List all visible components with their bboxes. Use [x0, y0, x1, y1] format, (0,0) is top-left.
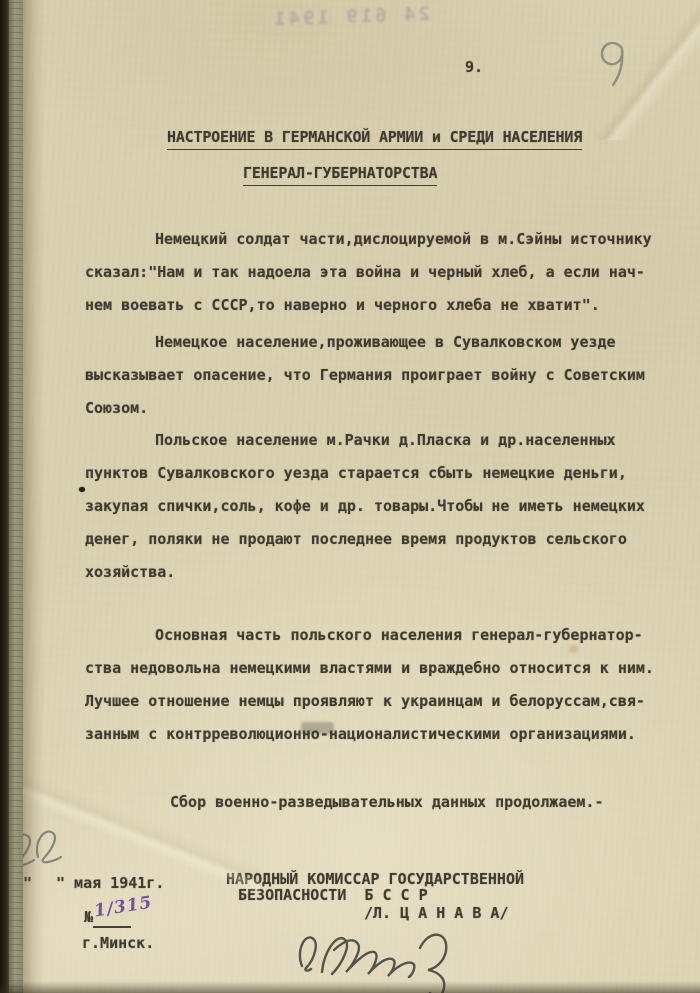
heading-line-2: ГЕНЕРАЛ-ГУБЕРНАТОРСТВА — [243, 164, 437, 186]
signatory-title-line-1: НАРОДНЫЙ КОМИССАР ГОСУДАРСТВЕННОЙ — [226, 871, 556, 887]
handwritten-page-number: 9 — [598, 38, 628, 88]
body-line: закупая спички,соль, кофе и др. товары.Ч… — [85, 490, 695, 523]
binding-inner-shadow — [23, 0, 45, 993]
body-line: сказал:"Нам и так надоела эта война и че… — [85, 256, 695, 289]
body-line: Польское население м.Рачки д.Пласка и др… — [85, 424, 695, 457]
body-line: нем воевать с СССР,то наверно и черного … — [85, 289, 695, 322]
body-line: высказывает опасение, что Германия проиг… — [85, 359, 695, 392]
signatory-block: НАРОДНЫЙ КОМИССАР ГОСУДАРСТВЕННОЙ БЕЗОПА… — [226, 871, 556, 921]
paragraph-general-government: Основная часть польского населения генер… — [85, 619, 695, 751]
signatory-title-line-2: БЕЗОПАСНОСТИ Б С С Р — [226, 887, 556, 903]
city-line: г.Минск. — [82, 934, 154, 952]
paper-stain — [569, 645, 579, 653]
body-line: Немецкий солдат части,дислоцируемой в м.… — [85, 223, 695, 256]
paragraph-polish-population: Польское население м.Рачки д.Пласка и др… — [85, 424, 695, 589]
date-line: " мая 1941г. — [56, 874, 164, 892]
archive-stamp-bleedthrough: 24 619 1941 — [250, 3, 431, 31]
body-line: Сбор военно-разведывательных данных прод… — [85, 786, 695, 819]
body-line: Немецкое население,проживающее в Сувалко… — [85, 326, 695, 359]
paragraph-german-soldier: Немецкий солдат части,дислоцируемой в м.… — [85, 223, 695, 322]
ink-dot-margin — [79, 487, 85, 492]
overtype-correction-smudge — [301, 722, 334, 734]
number-blank-underline — [93, 926, 131, 928]
document-number-label: № — [84, 908, 93, 926]
body-line: Лучшее отношение немцы проявляют к украи… — [85, 685, 695, 718]
scanned-document-page: 24 619 1941 9. 9 НАСТРОЕНИЕ В ГЕРМАНСКОЙ… — [0, 0, 700, 993]
body-line: пунктов Сувалковского уезда старается сб… — [85, 457, 695, 490]
body-line: ства недовольна немецкими властями и вра… — [85, 652, 695, 685]
body-line: Союзом. — [85, 392, 695, 425]
underlying-page-edges — [9, 0, 23, 993]
binding-edge — [0, 0, 9, 993]
body-line: занным с контрреволюционно-националистич… — [85, 718, 695, 751]
paragraph-german-population: Немецкое население,проживающее в Сувалко… — [85, 326, 695, 425]
body-line: денег, поляки не продают последнее время… — [85, 523, 695, 556]
handwritten-document-number: 1/315 — [93, 893, 154, 922]
body-line: Основная часть польского населения генер… — [85, 619, 695, 652]
paragraph-closing: Сбор военно-разведывательных данных прод… — [85, 786, 695, 819]
body-line: хозяйства. — [85, 556, 695, 589]
heading-line-1: НАСТРОЕНИЕ В ГЕРМАНСКОЙ АРМИИ и СРЕДИ НА… — [167, 128, 582, 150]
page-bottom-edge-shadow — [0, 981, 700, 993]
typed-page-number: 9. — [465, 58, 483, 76]
